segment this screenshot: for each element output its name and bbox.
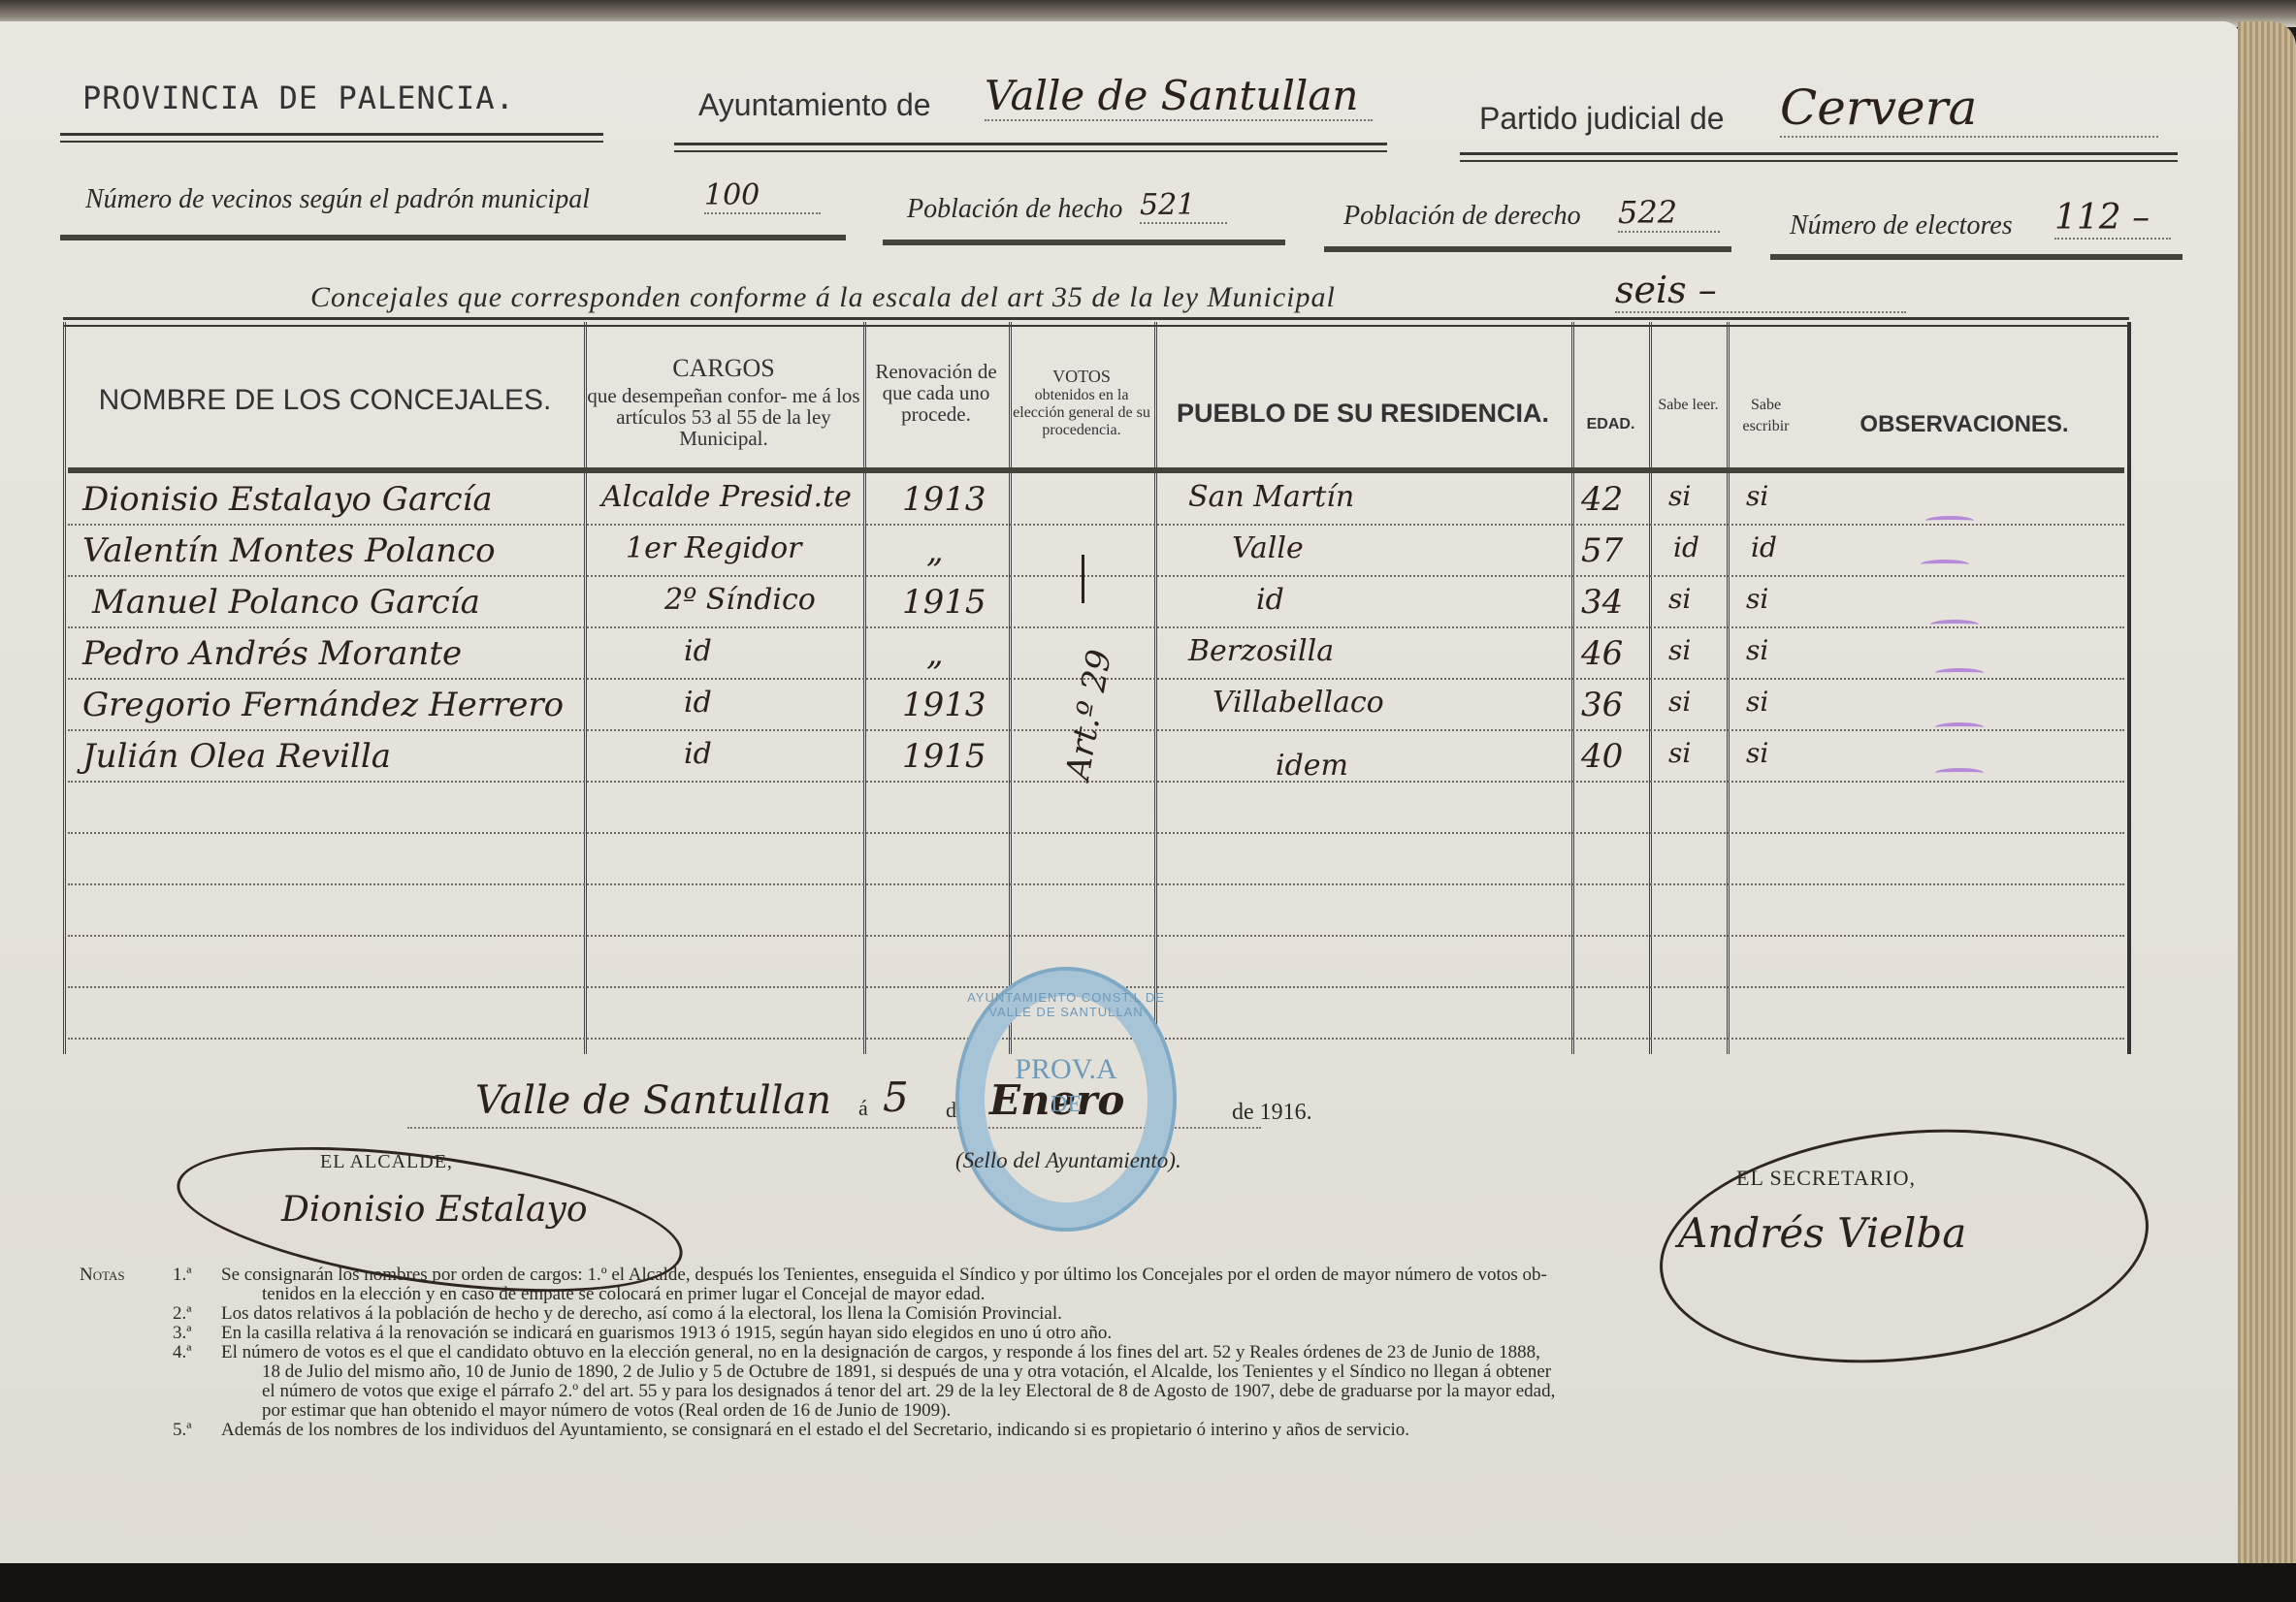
row-cargo: Alcalde Presid.te xyxy=(601,480,852,514)
col-observaciones: OBSERVACIONES. xyxy=(1809,414,2119,435)
row-renovacion: „ xyxy=(926,531,944,570)
note-num: 4.ª xyxy=(173,1343,192,1362)
row-nombre: Manuel Polanco García xyxy=(92,583,480,622)
row-leer: id xyxy=(1673,531,1699,563)
note-num: 3.ª xyxy=(173,1324,192,1343)
row-cargo: 1er Regidor xyxy=(626,531,801,565)
vecinos-value: 100 xyxy=(704,178,821,214)
check-mark xyxy=(1935,768,1984,778)
row-pueblo: Villabellaco xyxy=(1213,686,1384,720)
table-top-rule xyxy=(63,317,2129,327)
rule xyxy=(60,235,846,240)
councillors-table: NOMBRE DE LOS CONCEJALES. CARGOS que des… xyxy=(63,317,2129,1054)
row-nombre: Valentín Montes Polanco xyxy=(82,531,496,570)
check-mark xyxy=(1925,516,1974,526)
row-escribir: si xyxy=(1746,583,1768,615)
province-title: PROVINCIA DE PALENCIA. xyxy=(82,80,515,116)
row-escribir: si xyxy=(1746,480,1768,512)
secretario-label: El Secretario, xyxy=(1736,1166,1916,1191)
date-a: á xyxy=(858,1096,868,1121)
rule xyxy=(1460,152,2178,162)
row-renovacion: „ xyxy=(926,634,944,673)
rule xyxy=(883,240,1285,245)
note-text: Los datos relativos á la población de he… xyxy=(221,1304,2181,1324)
col-votos-title: VOTOS xyxy=(1012,366,1151,387)
row-leer: si xyxy=(1668,480,1691,512)
row-leer: si xyxy=(1668,634,1691,666)
day-value: 5 xyxy=(883,1073,909,1121)
check-mark xyxy=(1930,620,1979,629)
col-cargos-title: CARGOS xyxy=(587,358,860,379)
note-num: 1.ª xyxy=(173,1266,192,1285)
votes-stroke xyxy=(1082,555,1084,603)
row-renovacion: 1915 xyxy=(902,583,986,622)
row-edad: 57 xyxy=(1581,531,1623,570)
ayuntamiento-label: Ayuntamiento de xyxy=(698,87,931,123)
col-leer: Sabe leer. xyxy=(1652,395,1725,416)
sello-label: (Sello del Ayuntamiento). xyxy=(955,1148,1181,1173)
stamp-ring-text: AYUNTAMIENTO CONST.L DE VALLE DE SANTULL… xyxy=(959,990,1173,1019)
row-edad: 46 xyxy=(1581,634,1623,673)
rule xyxy=(60,133,603,143)
row-leer: si xyxy=(1668,583,1691,615)
concejales-value: seis – xyxy=(1615,269,1906,313)
col-nombre: NOMBRE DE LOS CONCEJALES. xyxy=(73,390,577,411)
row-cargo: id xyxy=(684,634,712,668)
poblacion-hecho-label: Población de hecho xyxy=(907,194,1122,225)
note-text: el número de votos que exige el párrafo … xyxy=(262,1382,2183,1401)
partido-label: Partido judicial de xyxy=(1479,101,1725,137)
col-renovacion: Renovación de que cada uno procede. xyxy=(866,361,1006,425)
partido-value: Cervera xyxy=(1780,80,2158,138)
vecinos-label: Número de vecinos según el padrón munici… xyxy=(85,184,590,215)
row-escribir: si xyxy=(1746,686,1768,718)
row-edad: 42 xyxy=(1581,480,1623,519)
poblacion-hecho-value: 521 xyxy=(1140,188,1227,224)
row-nombre: Dionisio Estalayo García xyxy=(82,480,493,519)
note-text: Además de los nombres de los individuos … xyxy=(221,1421,2181,1440)
row-pueblo: id xyxy=(1256,583,1284,617)
row-renovacion: 1913 xyxy=(902,480,986,519)
alcalde-signature: Dionisio Estalayo xyxy=(281,1190,588,1230)
row-renovacion: 1913 xyxy=(902,686,986,724)
row-cargo: id xyxy=(684,686,712,720)
poblacion-derecho-label: Población de derecho xyxy=(1343,201,1581,232)
row-escribir: si xyxy=(1746,737,1768,769)
row-escribir: si xyxy=(1746,634,1768,666)
note-text: El número de votos es el que el candidat… xyxy=(221,1343,2181,1362)
book-page-edges xyxy=(2238,21,2296,1573)
col-edad: EDAD. xyxy=(1574,414,1647,435)
col-pueblo: PUEBLO DE SU RESIDENCIA. xyxy=(1159,402,1567,424)
row-cargo: 2º Síndico xyxy=(664,583,816,617)
electores-value: 112 – xyxy=(2054,198,2171,240)
row-edad: 40 xyxy=(1581,737,1623,776)
note-num: 2.ª xyxy=(173,1304,192,1324)
row-leer: si xyxy=(1668,686,1691,718)
row-nombre: Pedro Andrés Morante xyxy=(82,634,462,673)
header-bottom-rule xyxy=(68,467,2124,473)
check-mark xyxy=(1921,560,1969,569)
row-edad: 34 xyxy=(1581,583,1623,622)
stamp-center-2: DE xyxy=(959,1092,1173,1118)
row-pueblo: San Martín xyxy=(1188,480,1354,514)
note-text: por estimar que han obtenido el mayor nú… xyxy=(262,1401,2183,1421)
col-votos-sub: obtenidos en la elección general de su p… xyxy=(1012,387,1151,439)
note-text: 18 de Julio del mismo año, 10 de Junio d… xyxy=(262,1362,2183,1382)
check-mark xyxy=(1935,722,1984,732)
row-pueblo: idem xyxy=(1276,749,1348,783)
row-leer: si xyxy=(1668,737,1691,769)
row-cargo: id xyxy=(684,737,712,771)
col-escribir: Sabe escribir xyxy=(1730,395,1802,437)
concejales-label: Concejales que corresponden conforme á l… xyxy=(310,281,1336,314)
secretario-signature: Andrés Vielba xyxy=(1678,1209,1966,1257)
notes-label: Notas xyxy=(80,1266,125,1285)
ayuntamiento-value: Valle de Santullan xyxy=(985,72,1373,121)
stamp-center-1: PROV.A xyxy=(959,1053,1173,1086)
document-page: PROVINCIA DE PALENCIA. Ayuntamiento de V… xyxy=(0,21,2241,1573)
poblacion-derecho-value: 522 xyxy=(1618,194,1720,233)
row-nombre: Julián Olea Revilla xyxy=(82,737,391,776)
row-edad: 36 xyxy=(1581,686,1623,724)
rule xyxy=(674,143,1387,152)
rule xyxy=(1324,246,1731,252)
row-escribir: id xyxy=(1751,531,1777,563)
col-cargos-sub: que desempeñan confor- me á los artículo… xyxy=(587,385,860,449)
rule xyxy=(1770,254,2183,260)
place-value: Valle de Santullan xyxy=(475,1078,831,1123)
note-num: 5.ª xyxy=(173,1421,192,1440)
row-pueblo: Berzosilla xyxy=(1188,634,1334,668)
row-renovacion: 1915 xyxy=(902,737,986,776)
electores-label: Número de electores xyxy=(1790,210,2013,241)
row-nombre: Gregorio Fernández Herrero xyxy=(82,686,564,724)
note-text: En la casilla relativa á la renovación s… xyxy=(221,1324,2181,1343)
note-text: Se consignarán los nombres por orden de … xyxy=(221,1266,2181,1285)
year-text: de 1916. xyxy=(1232,1100,1312,1126)
row-pueblo: Valle xyxy=(1232,531,1304,565)
votos-vertical-note: Art.º 29 xyxy=(1058,647,1119,783)
check-mark xyxy=(1935,668,1984,678)
note-text: tenidos en la elección y en caso de empa… xyxy=(262,1285,2183,1304)
town-hall-stamp: AYUNTAMIENTO CONST.L DE VALLE DE SANTULL… xyxy=(955,967,1177,1232)
background-surface xyxy=(0,1563,2296,1602)
